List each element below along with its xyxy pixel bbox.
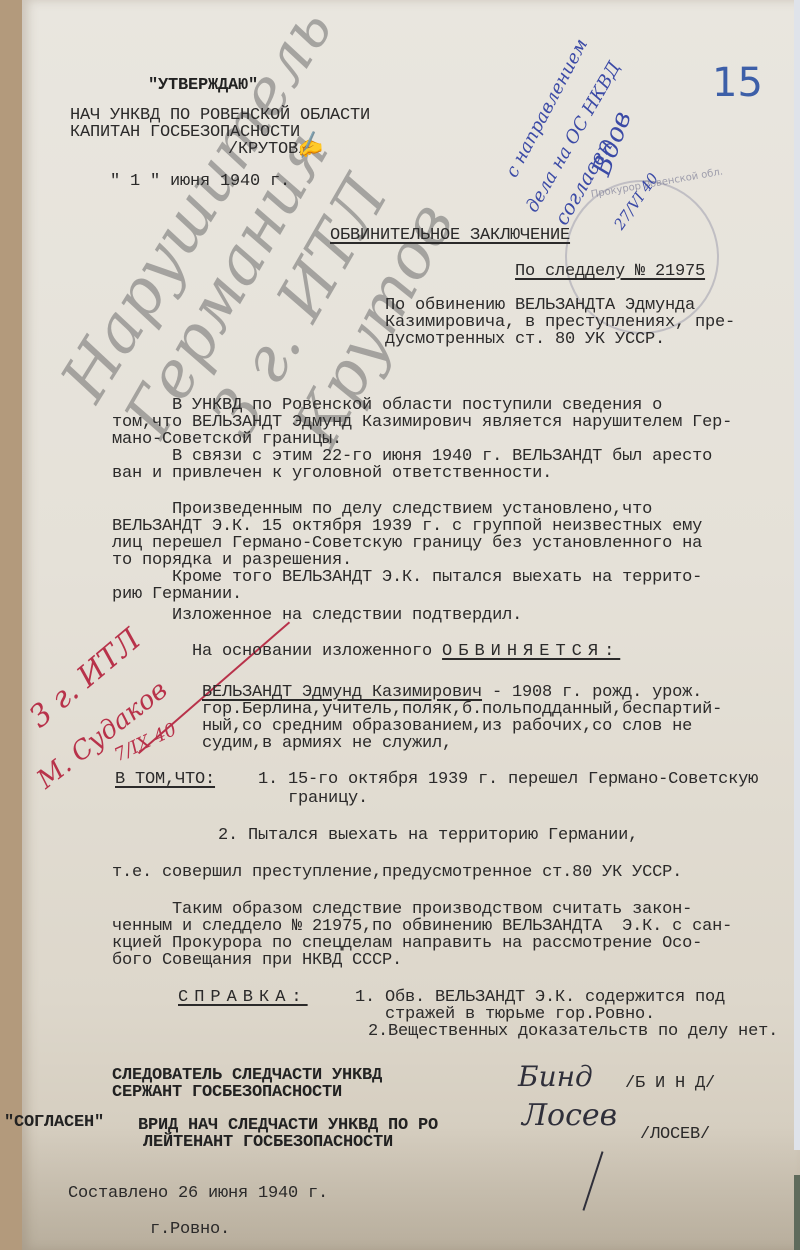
paragraph-4-line-2: рию Германии. bbox=[112, 585, 242, 604]
investigator-position-2: СЕРЖАНТ ГОСБЕЗОПАСНОСТИ bbox=[112, 1083, 342, 1102]
conclusion: т.е. совершил преступление,предусмотренн… bbox=[112, 863, 682, 882]
accused-intro: На основании изложенного ОБВИНЯЕТСЯ: bbox=[192, 642, 620, 661]
accused-line-4: судим,в армиях не служил, bbox=[202, 734, 452, 753]
accused-keyword: ОБВИНЯЕТСЯ: bbox=[442, 642, 620, 661]
chief-signature: Лосев bbox=[522, 1098, 617, 1133]
charge-label: В ТОМ,ЧТО: bbox=[115, 770, 215, 789]
charge-1-line-1: 1. 15-го октября 1939 г. перешел Германо… bbox=[258, 770, 758, 789]
note-2: 2.Вещественных доказательств по делу нет… bbox=[368, 1022, 778, 1041]
compiled-date: Составлено 26 июня 1940 г. bbox=[68, 1184, 328, 1203]
approval-date: " 1 " июня 1940 г. bbox=[110, 172, 290, 191]
background-edge-dark bbox=[794, 1175, 800, 1250]
document-title: ОБВИНИТЕЛЬНОЕ ЗАКЛЮЧЕНИЕ bbox=[330, 226, 570, 245]
chief-name: /ЛОСЕВ/ bbox=[640, 1125, 710, 1144]
approved-heading: "УТВЕРЖДАЮ" bbox=[148, 76, 258, 95]
case-number: По следделу № 21975 bbox=[515, 262, 705, 281]
paragraph-5: Изложенное на следствии подтвердил. bbox=[112, 606, 522, 625]
background-edge bbox=[794, 0, 800, 1150]
investigator-signature: Бинд bbox=[518, 1060, 593, 1093]
charge-2: 2. Пытался выехать на территорию Германи… bbox=[218, 826, 638, 845]
note-label: СПРАВКА: bbox=[178, 988, 308, 1007]
resolution-line-4: бого Совещания при НКВД СССР. bbox=[112, 951, 402, 970]
compiled-place: г.Ровно. bbox=[150, 1220, 230, 1239]
charge-1-line-2: границу. bbox=[258, 789, 368, 808]
page-number: 15 bbox=[712, 60, 763, 106]
subject-line-3: дусмотренных ст. 80 УК УССР. bbox=[385, 330, 665, 349]
investigator-name: /Б И Н Д/ bbox=[625, 1074, 715, 1093]
chief-position-2: ЛЕЙТЕНАНТ ГОСБЕЗОПАСНОСТИ bbox=[143, 1133, 393, 1152]
paragraph-2-line-2: ван и привлечен к уголовной ответственно… bbox=[112, 464, 552, 483]
agreed-label: "СОГЛАСЕН" bbox=[4, 1113, 104, 1132]
accused-intro-text: На основании изложенного bbox=[192, 642, 442, 661]
